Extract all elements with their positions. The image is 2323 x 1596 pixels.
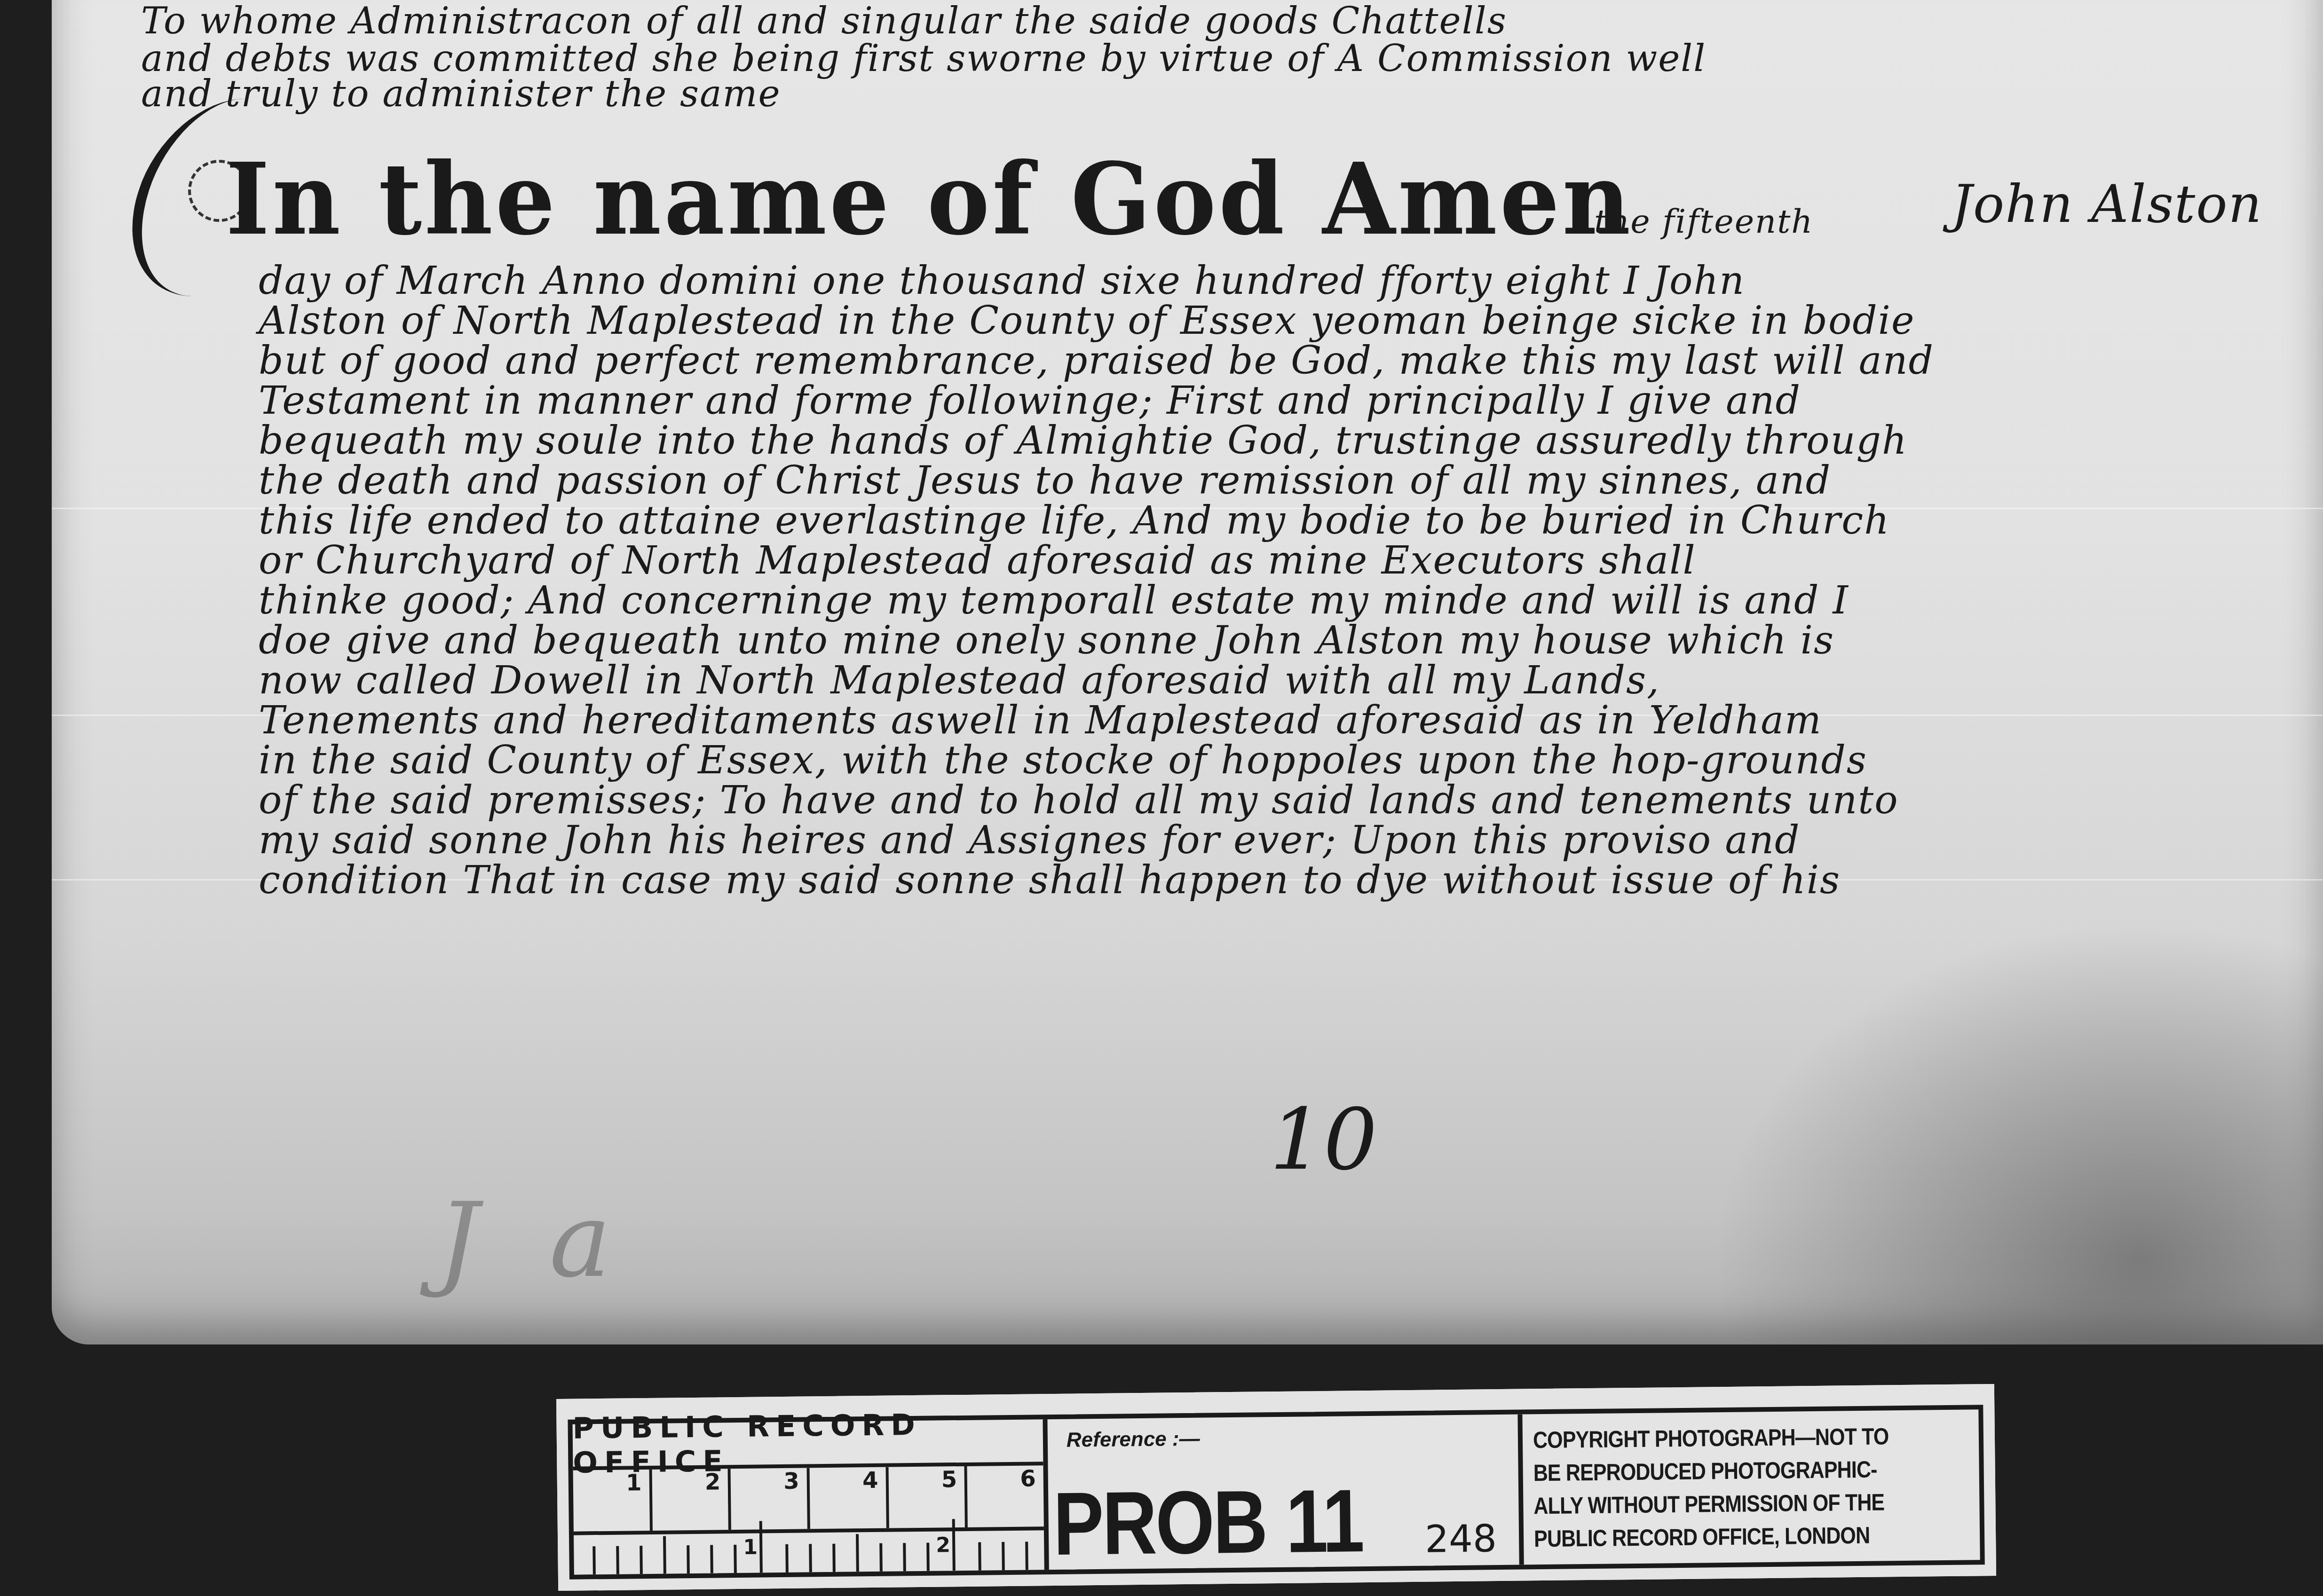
body-line: Alston of North Maplestead in the County… — [259, 299, 1915, 343]
ruler-tick — [593, 1546, 596, 1574]
ruler-tick — [734, 1545, 737, 1573]
ruler-tick — [856, 1534, 859, 1572]
body-line: Testament in manner and forme followinge… — [259, 378, 1801, 423]
reference-label: Reference :— — [1067, 1427, 1200, 1452]
scale-ruler: PUBLIC RECORD OFFICE 1 2 3 4 5 6 1 2 — [573, 1419, 1049, 1575]
body-line: in the said County of Essex, with the st… — [259, 738, 1867, 783]
ruler-tick — [952, 1519, 956, 1571]
body-line: the death and passion of Christ Jesus to… — [259, 458, 1831, 503]
ruler-tick — [710, 1545, 713, 1573]
ruler-tick — [926, 1543, 930, 1571]
reference-box: Reference :— PROB 11 248 — [1047, 1415, 1524, 1570]
reference-code: PROB 11 — [1053, 1470, 1364, 1575]
reference-piece-number: 248 — [1425, 1517, 1497, 1561]
ruler-tick — [879, 1543, 883, 1572]
cm-tick: 6 — [967, 1465, 1044, 1527]
record-office-label: PUBLIC RECORD OFFICE 1 2 3 4 5 6 1 2 — [556, 1384, 1996, 1591]
copyright-line: BE REPRODUCED PHOTOGRAPHIC- — [1533, 1457, 1908, 1485]
body-line: this life ended to attaine everlastinge … — [259, 498, 1890, 543]
ruler-tick — [640, 1546, 643, 1574]
cm-tick: 1 — [573, 1470, 653, 1532]
body-line: day of March Anno domini one thousand si… — [259, 259, 1745, 303]
ruler-tick — [687, 1545, 690, 1573]
manuscript-page: To whome Administracon of all and singul… — [52, 0, 2323, 1344]
office-title: PUBLIC RECORD OFFICE — [573, 1419, 1043, 1470]
ruler-tick — [616, 1546, 619, 1574]
heading-tail: the fifteenth — [1594, 202, 1813, 241]
body-line: doe give and bequeath unto mine onely so… — [259, 618, 1834, 663]
ruler-tick — [1002, 1542, 1005, 1570]
body-line: but of good and perfect remembrance, pra… — [259, 338, 1934, 383]
ruler-tick — [785, 1544, 789, 1572]
body-line: my said sonne John his heires and Assign… — [259, 818, 1801, 863]
folio-mark: 10 — [1270, 1091, 1377, 1189]
cm-tick: 5 — [888, 1466, 968, 1528]
ruler-tick — [832, 1544, 836, 1572]
will-heading: In the name of God Amen — [226, 141, 1633, 257]
faint-signature: J a — [437, 1180, 630, 1300]
ruler-tick — [809, 1544, 812, 1572]
ruler-tick — [759, 1521, 763, 1572]
ruler-tick — [903, 1543, 906, 1571]
body-line: or Churchyard of North Maplestead afores… — [259, 538, 1696, 583]
inch-scale: 1 2 — [574, 1530, 1044, 1574]
body-line: thinke good; And concerninge my temporal… — [259, 578, 1849, 623]
inch-tick-label: 2 — [936, 1533, 950, 1557]
ruler-tick — [978, 1542, 981, 1571]
ruler-tick — [1025, 1542, 1028, 1570]
body-line: of the said premisses; To have and to ho… — [259, 778, 1899, 823]
ruler-tick — [663, 1536, 666, 1574]
copyright-line: ALLY WITHOUT PERMISSION OF THE — [1533, 1490, 1908, 1517]
body-line: now called Dowell in North Maplestead af… — [259, 658, 1660, 703]
body-line: condition That in case my said sonne sha… — [259, 858, 1841, 903]
copyright-line: PUBLIC RECORD OFFICE, LONDON — [1534, 1523, 1909, 1550]
cm-tick: 4 — [810, 1467, 889, 1529]
cm-tick: 2 — [652, 1469, 731, 1531]
inch-tick-label: 1 — [743, 1535, 758, 1559]
preamble-line: To whome Administracon of all and singul… — [141, 0, 1507, 42]
cm-scale: 1 2 3 4 5 6 — [573, 1465, 1044, 1535]
body-line: bequeath my soule into the hands of Almi… — [259, 418, 1908, 463]
cm-tick: 3 — [731, 1468, 810, 1530]
copyright-line: COPYRIGHT PHOTOGRAPH—NOT TO — [1533, 1424, 1908, 1452]
copyright-notice: COPYRIGHT PHOTOGRAPH—NOT TO BE REPRODUCE… — [1522, 1409, 1980, 1565]
label-frame: PUBLIC RECORD OFFICE 1 2 3 4 5 6 1 2 — [568, 1405, 1984, 1580]
margin-testator-name: John Alston — [1952, 174, 2262, 234]
body-line: Tenements and hereditaments aswell in Ma… — [259, 698, 1822, 743]
